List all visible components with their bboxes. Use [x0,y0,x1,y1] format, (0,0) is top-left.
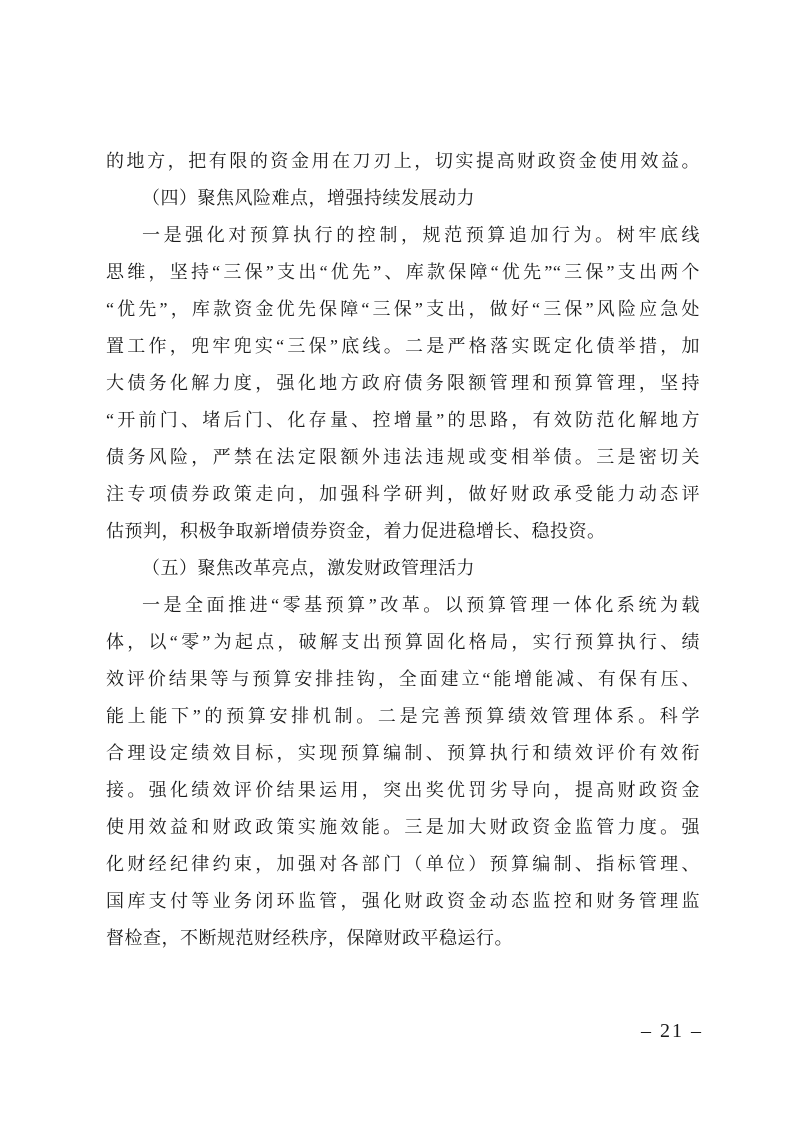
text-line: 效评价结果等与预算安排挂钩，全面建立“能增能减、有保有压、 [106,661,700,698]
page-number: – 21 – [641,1018,703,1044]
text-line: 化财经纪律约束，加强对各部门（单位）预算编制、指标管理、 [106,846,700,883]
text-line: 思维，坚持“三保”支出“优先”、库款保障“优先”“三保”支出两个 [106,254,700,291]
text-line: “开前门、堵后门、化存量、控增量”的思路，有效防范化解地方 [106,402,700,439]
text-line: 置工作，兜牢兜实“三保”底线。二是严格落实既定化债举措，加 [106,328,700,365]
text-line: 体，以“零”为起点，破解支出预算固化格局，实行预算执行、绩 [106,624,700,661]
text-line: 接。强化绩效评价结果运用，突出奖优罚劣导向，提高财政资金 [106,772,700,809]
section-heading: （五）聚焦改革亮点，激发财政管理活力 [106,550,700,587]
text-line: 督检查，不断规范财经秩序，保障财政平稳运行。 [106,920,700,957]
document-page: 的地方，把有限的资金用在刀刃上，切实提高财政资金使用效益。（四）聚焦风险难点，增… [0,0,793,1122]
text-line: “优先”，库款资金优先保障“三保”支出，做好“三保”风险应急处 [106,291,700,328]
text-line: 大债务化解力度，强化地方政府债务限额管理和预算管理，坚持 [106,365,700,402]
text-line: 一是强化对预算执行的控制，规范预算追加行为。树牢底线 [106,217,700,254]
text-line: 估预判，积极争取新增债券资金，着力促进稳增长、稳投资。 [106,513,700,550]
text-line: 国库支付等业务闭环监管，强化财政资金动态监控和财务管理监 [106,883,700,920]
text-line: 一是全面推进“零基预算”改革。以预算管理一体化系统为载 [106,587,700,624]
text-line: 能上能下”的预算安排机制。二是完善预算绩效管理体系。科学 [106,698,700,735]
text-line: 注专项债券政策走向，加强科学研判，做好财政承受能力动态评 [106,476,700,513]
section-heading: （四）聚焦风险难点，增强持续发展动力 [106,180,700,217]
text-line: 使用效益和财政政策实施效能。三是加大财政资金监管力度。强 [106,809,700,846]
text-line: 合理设定绩效目标，实现预算编制、预算执行和绩效评价有效衔 [106,735,700,772]
text-line: 的地方，把有限的资金用在刀刃上，切实提高财政资金使用效益。 [106,143,700,180]
text-line: 债务风险，严禁在法定限额外违法违规或变相举债。三是密切关 [106,439,700,476]
text-block: 的地方，把有限的资金用在刀刃上，切实提高财政资金使用效益。（四）聚焦风险难点，增… [106,143,700,957]
